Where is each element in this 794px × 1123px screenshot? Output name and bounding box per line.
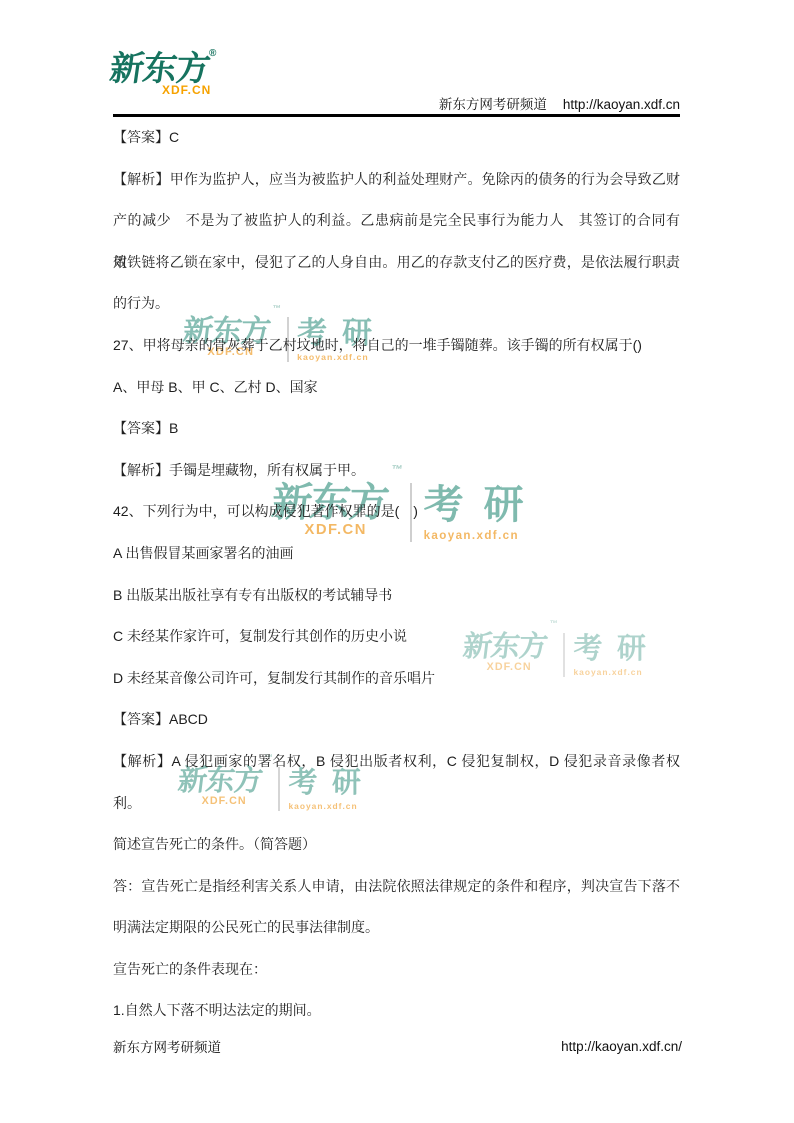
logo-brand-text: 新东方 xyxy=(108,52,212,86)
text-line: 利。 xyxy=(113,783,680,825)
text-line: 【解析】A 侵犯画家的署名权，B 侵犯出版者权利，C 侵犯复制权，D 侵犯录音录… xyxy=(113,741,680,783)
page: 新东方® XDF.CN 新东方网考研频道http://kaoyan.xdf.cn… xyxy=(0,0,794,1123)
header-logo: 新东方® XDF.CN xyxy=(110,52,216,97)
text-line: C 未经某作家许可，复制发行其创作的历史小说 xyxy=(113,616,680,658)
header-channel-label: 新东方网考研频道 xyxy=(439,97,547,112)
registered-trademark-icon: ® xyxy=(209,48,216,59)
text-line: 简述宣告死亡的条件。（简答题） xyxy=(113,824,680,866)
text-line: 【答案】ABCD xyxy=(113,699,680,741)
footer-url: http://kaoyan.xdf.cn/ xyxy=(561,1039,682,1054)
header-info: 新东方网考研频道http://kaoyan.xdf.cn xyxy=(439,93,680,113)
text-line: 【解析】手镯是埋藏物，所有权属于甲。 xyxy=(113,450,680,492)
text-line: D 未经某音像公司许可，复制发行其制作的音乐唱片 xyxy=(113,658,680,700)
document-body: 【答案】C【解析】甲作为监护人，应当为被监护人的利益处理财产。免除丙的债务的行为… xyxy=(113,117,680,1032)
footer-channel-label: 新东方网考研频道 xyxy=(113,1036,221,1056)
text-line: 的行为。 xyxy=(113,283,680,325)
text-line: 宣告死亡的条件表现在： xyxy=(113,949,680,991)
text-line: 42、下列行为中，可以构成侵犯著作权罪的是( ) xyxy=(113,491,680,533)
text-line: B 出版某出版社享有专有出版权的考试辅导书 xyxy=(113,575,680,617)
text-line: 产的减少 不是为了被监护人的利益。乙患病前是完全民事行为能力人 其签订的合同有效… xyxy=(113,200,680,242)
header-divider xyxy=(113,114,680,117)
text-line: A、甲母 B、甲 C、乙村 D、国家 xyxy=(113,367,680,409)
text-line: 27、甲将母亲的骨灰葬于乙村坟地时，将自己的一堆手镯随葬。该手镯的所有权属于() xyxy=(113,325,680,367)
text-line: A 出售假冒某画家署名的油画 xyxy=(113,533,680,575)
document-lines: 【答案】C【解析】甲作为监护人，应当为被监护人的利益处理财产。免除丙的债务的行为… xyxy=(113,117,680,1032)
text-line: 答：宣告死亡是指经利害关系人申请，由法院依照法律规定的条件和程序，判决宣告下落不 xyxy=(113,866,680,908)
text-line: 【答案】B xyxy=(113,408,680,450)
text-line: 明满法定期限的公民死亡的民事法律制度。 xyxy=(113,907,680,949)
text-line: 用铁链将乙锁在家中，侵犯了乙的人身自由。用乙的存款支付乙的医疗费，是依法履行职责 xyxy=(113,242,680,284)
text-line: 1.自然人下落不明达法定的期间。 xyxy=(113,990,680,1032)
footer: 新东方网考研频道 http://kaoyan.xdf.cn/ xyxy=(113,1036,682,1056)
header-url: http://kaoyan.xdf.cn xyxy=(563,97,680,112)
text-line: 【解析】甲作为监护人，应当为被监护人的利益处理财产。免除丙的债务的行为会导致乙财 xyxy=(113,159,680,201)
text-line: 【答案】C xyxy=(113,117,680,159)
